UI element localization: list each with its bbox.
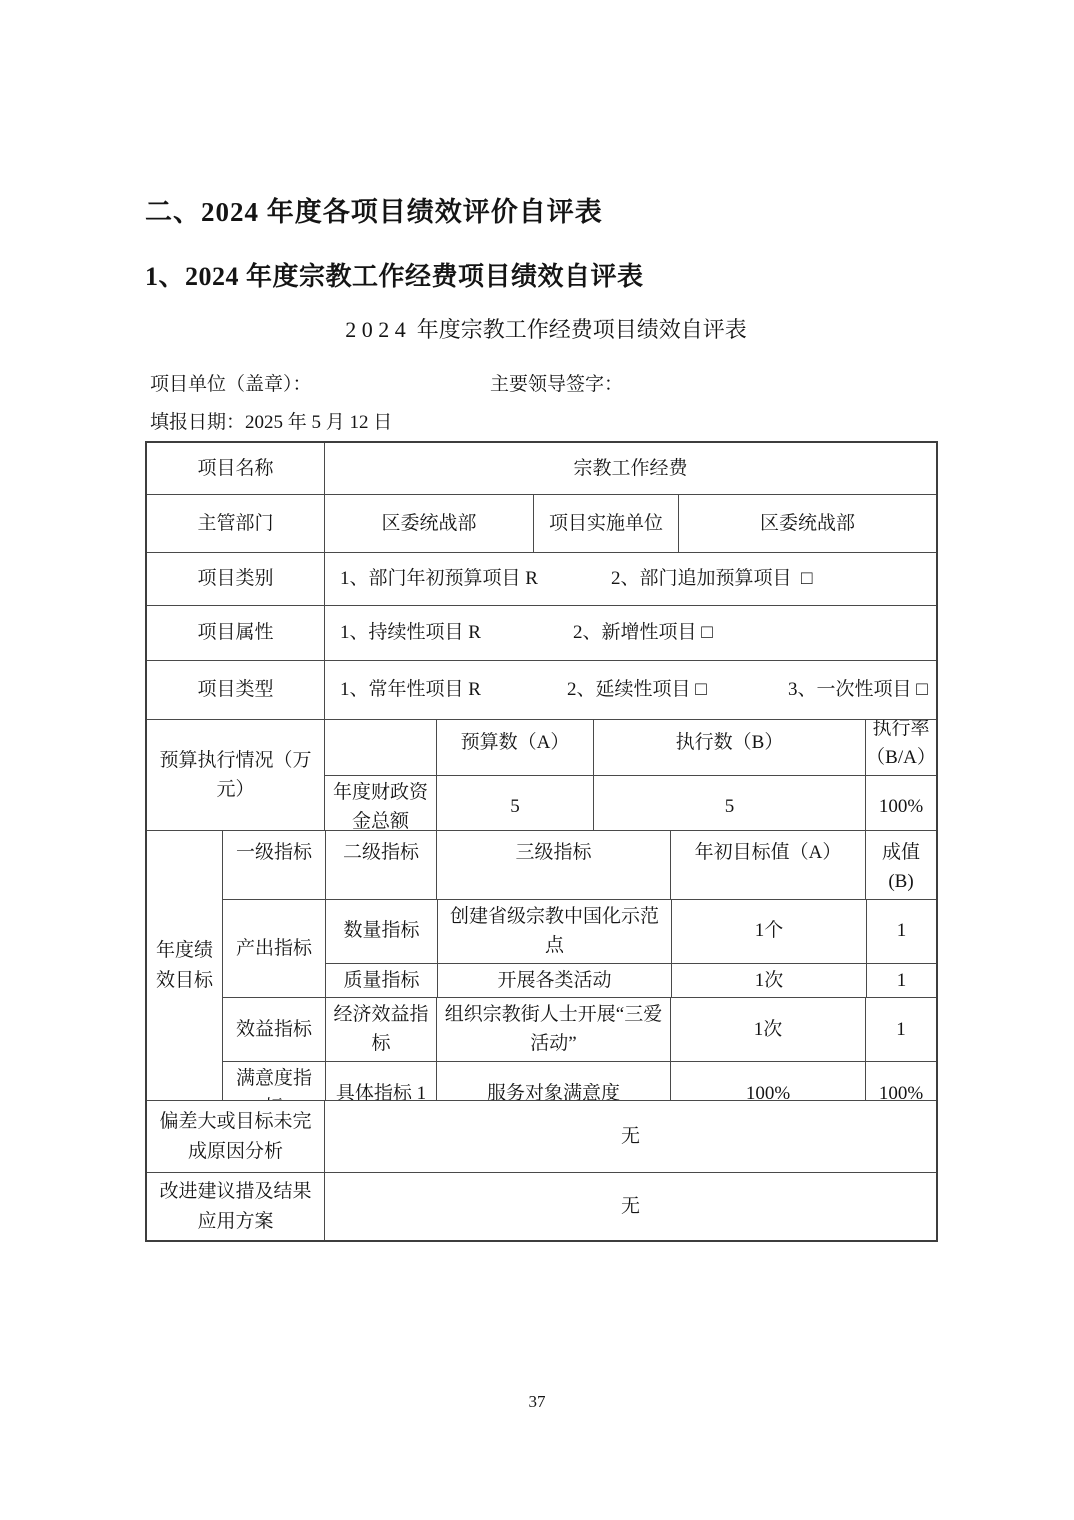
type-option-3: 3、一次性项目 □: [788, 675, 928, 704]
output-indicator-group: 产出指标 数量指标 创建省级宗教中国化示范点 1个 1 质量指标 开展各类活动 …: [223, 899, 936, 997]
stamp-label: 项目单位（盖章）：: [150, 369, 312, 396]
level1-header: 一级指标: [223, 831, 325, 899]
budget-col-a-header: 预算数（A）: [436, 720, 593, 775]
table-row: 项目名称 宗教工作经费: [147, 443, 936, 494]
self-eval-table: 项目名称 宗教工作经费 主管部门 区委统战部 项目实施单位 区委统战部 项目类别…: [145, 441, 938, 1242]
improvement-value: 无: [324, 1173, 936, 1240]
table-row: 项目属性 1、持续性项目 R 2、新增性项目 □: [147, 605, 936, 660]
satisfaction-indicator-row: 满意度指标 具体指标 1 服务对象满意度 100% 100%: [223, 1061, 936, 1100]
category-options: 1、部门年初预算项目 R 2、部门追加预算项目 □: [324, 553, 936, 605]
benefit-target: 1次: [670, 998, 865, 1061]
benefit-l1: 效益指标: [223, 998, 325, 1061]
satisfaction-l2: 具体指标 1: [325, 1062, 436, 1100]
budget-rate-header: 执行率（B/A）: [865, 720, 936, 775]
budget-label: 预算执行情况（万元）: [147, 720, 324, 830]
performance-section: 年度绩效目标 一级指标 二级指标 三级指标 年初目标值（A） 实际完成值(B) …: [147, 830, 936, 1100]
indicator-header-row: 一级指标 二级指标 三级指标 年初目标值（A） 实际完成值(B): [223, 831, 936, 899]
signature-label: 主要领导签字：: [490, 369, 623, 396]
project-name-label: 项目名称: [147, 443, 324, 494]
output-indicator-rows: 数量指标 创建省级宗教中国化示范点 1个 1 质量指标 开展各类活动 1次 1: [325, 900, 936, 997]
deviation-row: 偏差大或目标未完成原因分析 无: [147, 1100, 936, 1172]
satisfaction-actual: 100%: [865, 1062, 936, 1100]
quality-l3: 开展各类活动: [437, 964, 671, 997]
quality-actual: 1: [866, 964, 936, 997]
attribute-option-2: 2、新增性项目 □: [573, 618, 713, 647]
project-name-value: 宗教工作经费: [324, 443, 936, 494]
budget-header-row: 预算数（A） 执行数（B） 执行率（B/A）: [325, 720, 936, 775]
budget-grid: 预算数（A） 执行数（B） 执行率（B/A） 年度财政资金总额 5 5 100%: [324, 720, 936, 830]
benefit-actual: 1: [865, 998, 936, 1061]
satisfaction-target: 100%: [670, 1062, 865, 1100]
target-header: 年初目标值（A）: [670, 831, 865, 899]
improvement-label: 改进建议措及结果应用方案: [147, 1173, 324, 1240]
quantity-actual: 1: [866, 900, 936, 963]
quantity-l2: 数量指标: [326, 900, 437, 963]
performance-grid: 一级指标 二级指标 三级指标 年初目标值（A） 实际完成值(B) 产出指标 数量…: [222, 831, 936, 1100]
satisfaction-l3: 服务对象满意度: [436, 1062, 670, 1100]
type-label: 项目类型: [147, 661, 324, 719]
section-heading: 二、2024 年度各项目绩效评价自评表: [145, 190, 603, 229]
attribute-option-1: 1、持续性项目 R: [340, 618, 573, 647]
budget-value-b: 5: [593, 776, 865, 831]
type-options: 1、常年性项目 R 2、延续性项目 □ 3、一次性项目 □: [324, 661, 936, 719]
level2-header: 二级指标: [325, 831, 436, 899]
actual-header: 实际完成值(B): [865, 831, 936, 899]
quality-indicator-row: 质量指标 开展各类活动 1次 1: [326, 963, 936, 997]
document-page: 二、2024 年度各项目绩效评价自评表 1、2024 年度宗教工作经费项目绩效自…: [0, 0, 1074, 1520]
quantity-l3: 创建省级宗教中国化示范点: [437, 900, 671, 963]
subsection-heading: 1、2024 年度宗教工作经费项目绩效自评表: [145, 256, 644, 293]
performance-label: 年度绩效目标: [147, 831, 222, 1100]
category-option-1: 1、部门年初预算项目 R: [340, 564, 611, 593]
output-indicator-label: 产出指标: [223, 900, 325, 997]
dept-label: 主管部门: [147, 495, 324, 552]
level3-header: 三级指标: [436, 831, 670, 899]
quality-l2: 质量指标: [326, 964, 437, 997]
deviation-label: 偏差大或目标未完成原因分析: [147, 1101, 324, 1172]
improvement-row: 改进建议措及结果应用方案 无: [147, 1172, 936, 1240]
budget-total-label: 年度财政资金总额: [325, 776, 436, 831]
impl-unit-value: 区委统战部: [678, 495, 936, 552]
budget-empty-cell: [325, 720, 436, 775]
category-label: 项目类别: [147, 553, 324, 605]
quantity-target: 1个: [671, 900, 866, 963]
table-row: 项目类别 1、部门年初预算项目 R 2、部门追加预算项目 □: [147, 552, 936, 605]
deviation-value: 无: [324, 1101, 936, 1172]
quality-target: 1次: [671, 964, 866, 997]
table-row: 主管部门 区委统战部 项目实施单位 区委统战部: [147, 494, 936, 552]
table-row: 项目类型 1、常年性项目 R 2、延续性项目 □ 3、一次性项目 □: [147, 660, 936, 719]
budget-rate-value: 100%: [865, 776, 936, 831]
impl-unit-label: 项目实施单位: [533, 495, 678, 552]
category-option-2: 2、部门追加预算项目 □: [611, 564, 812, 593]
quantity-indicator-row: 数量指标 创建省级宗教中国化示范点 1个 1: [326, 900, 936, 963]
dept-value: 区委统战部: [324, 495, 533, 552]
type-option-1: 1、常年性项目 R: [340, 675, 567, 704]
benefit-l3: 组织宗教街人士开展“三爱活动”: [436, 998, 670, 1061]
date-line: 填报日期：2025 年 5 月 12 日: [150, 407, 392, 434]
attribute-label: 项目属性: [147, 606, 324, 660]
page-number: 37: [0, 1392, 1074, 1412]
budget-value-a: 5: [436, 776, 593, 831]
table-title: 2 0 2 4 年度宗教工作经费项目绩效自评表: [0, 313, 1074, 344]
attribute-options: 1、持续性项目 R 2、新增性项目 □: [324, 606, 936, 660]
type-option-2: 2、延续性项目 □: [567, 675, 788, 704]
benefit-l2: 经济效益指标: [325, 998, 436, 1061]
benefit-indicator-row: 效益指标 经济效益指标 组织宗教街人士开展“三爱活动” 1次 1: [223, 997, 936, 1061]
budget-section: 预算执行情况（万元） 预算数（A） 执行数（B） 执行率（B/A） 年度财政资金…: [147, 719, 936, 830]
satisfaction-l1: 满意度指标: [223, 1062, 325, 1100]
budget-value-row: 年度财政资金总额 5 5 100%: [325, 775, 936, 831]
budget-col-b-header: 执行数（B）: [593, 720, 865, 775]
